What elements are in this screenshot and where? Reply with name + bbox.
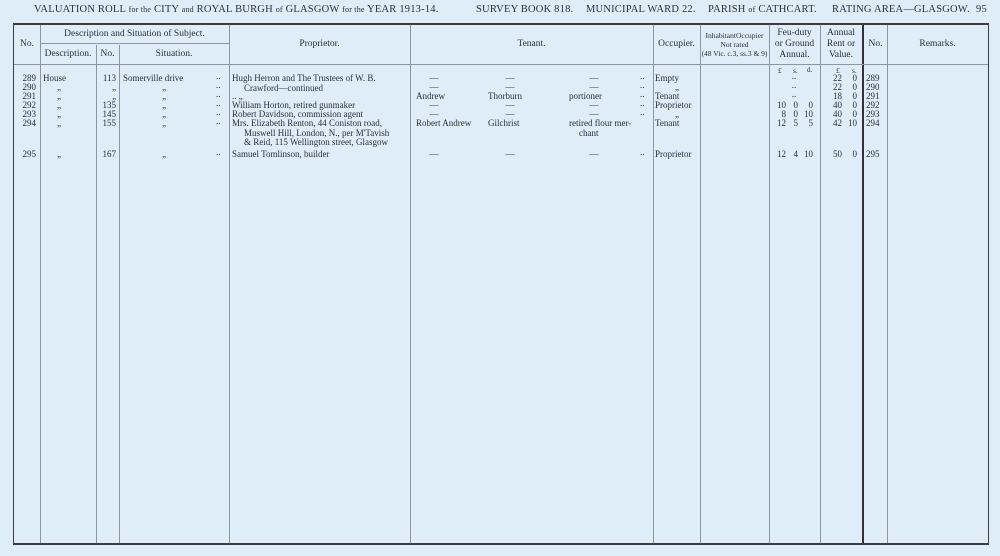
row-tenant-designation: — <box>584 150 604 160</box>
header-tenant: Tenant. <box>410 39 653 50</box>
row-feu-pence: 5 <box>801 119 813 129</box>
unit-pence: d. <box>807 66 812 76</box>
row-annual-pounds: 50 <box>824 150 842 160</box>
valuation-table: No. Description and Situation of Subject… <box>13 23 989 545</box>
row-proprietor: Samuel Tomlinson, builder <box>232 150 329 160</box>
header-sub-no: No. <box>96 49 119 60</box>
row-no: 294 <box>14 119 36 129</box>
rating-area: RATING AREA—GLASGOW. <box>832 4 970 15</box>
row-no2: 295 <box>866 150 880 160</box>
tenant-leader-dots: .. <box>640 148 645 158</box>
title-main: VALUATION ROLL for the CITY and ROYAL BU… <box>34 4 439 15</box>
header-no2: No. <box>864 39 887 50</box>
row-no2: 294 <box>866 119 880 129</box>
header-no: No. <box>14 39 40 50</box>
row-feu-shillings: 5 <box>788 119 798 129</box>
row-feu-pounds: 12 <box>772 150 786 160</box>
group-header-rule <box>40 43 229 44</box>
header-annual-rent: Annual Rent or Value. <box>820 28 862 61</box>
header-proprietor: Proprietor. <box>229 39 410 50</box>
header-occupier: Occupier. <box>653 39 700 50</box>
col-divider <box>40 25 41 543</box>
row-occupier: Tenant <box>655 119 679 129</box>
row-no: 295 <box>14 150 36 160</box>
row-description: House <box>43 74 66 84</box>
row-situation: „ <box>139 119 189 129</box>
header-bottom-rule <box>14 64 988 65</box>
header-remarks: Remarks. <box>887 39 988 50</box>
unit-pound: £ <box>778 66 782 76</box>
row-sub-no: 155 <box>96 119 116 129</box>
situation-leader-dots: .. <box>216 148 221 158</box>
parish: PARISH of CATHCART. <box>708 4 817 15</box>
col-divider <box>410 25 411 543</box>
municipal-ward: MUNICIPAL WARD 22. <box>586 4 696 15</box>
row-feu-pence: 10 <box>801 150 813 160</box>
row-tenant-surname: Gilchrist <box>488 119 520 129</box>
row-proprietor: Crawford—continued <box>244 84 323 94</box>
tenant-leader-dots: .. <box>640 108 645 118</box>
row-annual-pounds: 42 <box>824 119 842 129</box>
col-divider <box>887 25 888 543</box>
page-number: 95 <box>976 4 987 15</box>
row-description: „ <box>57 150 61 160</box>
row-sub-no: 167 <box>96 150 116 160</box>
header-description: Description. <box>40 49 96 60</box>
row-situation: „ <box>139 150 189 160</box>
row-annual-shillings: 0 <box>845 150 857 160</box>
col-divider <box>700 25 701 543</box>
survey-book: SURVEY BOOK 818. <box>476 4 573 15</box>
row-proprietor: & Reid, 115 Wellington street, Glasgow <box>244 138 388 148</box>
header-feu-duty: Feu-duty or Ground Annual. <box>769 28 820 61</box>
col-divider-thick <box>862 25 864 543</box>
row-feu-shillings: 4 <box>788 150 798 160</box>
situation-leader-dots: .. <box>216 117 221 127</box>
row-annual-shillings: 10 <box>845 119 857 129</box>
col-divider <box>769 25 770 543</box>
row-description: „ <box>57 119 61 129</box>
header-inhabitant: InhabitantOccupier Not rated (48 Vic. c.… <box>700 31 769 58</box>
header-situation: Situation. <box>119 49 229 60</box>
col-divider <box>820 25 821 543</box>
col-divider <box>229 25 230 543</box>
row-tenant-surname: — <box>500 150 520 160</box>
row-feu-none: .. <box>788 90 800 100</box>
row-tenant-designation-cont: chant <box>579 129 599 139</box>
col-divider <box>653 25 654 543</box>
page-title: VALUATION ROLL for the CITY and ROYAL BU… <box>0 4 1000 20</box>
row-tenant-first: Robert Andrew <box>416 119 471 129</box>
row-tenant-first: — <box>424 150 444 160</box>
header-desc-group: Description and Situation of Subject. <box>40 29 229 40</box>
row-occupier: Proprietor <box>655 150 692 160</box>
col-divider <box>119 45 120 543</box>
row-feu-pounds: 12 <box>772 119 786 129</box>
